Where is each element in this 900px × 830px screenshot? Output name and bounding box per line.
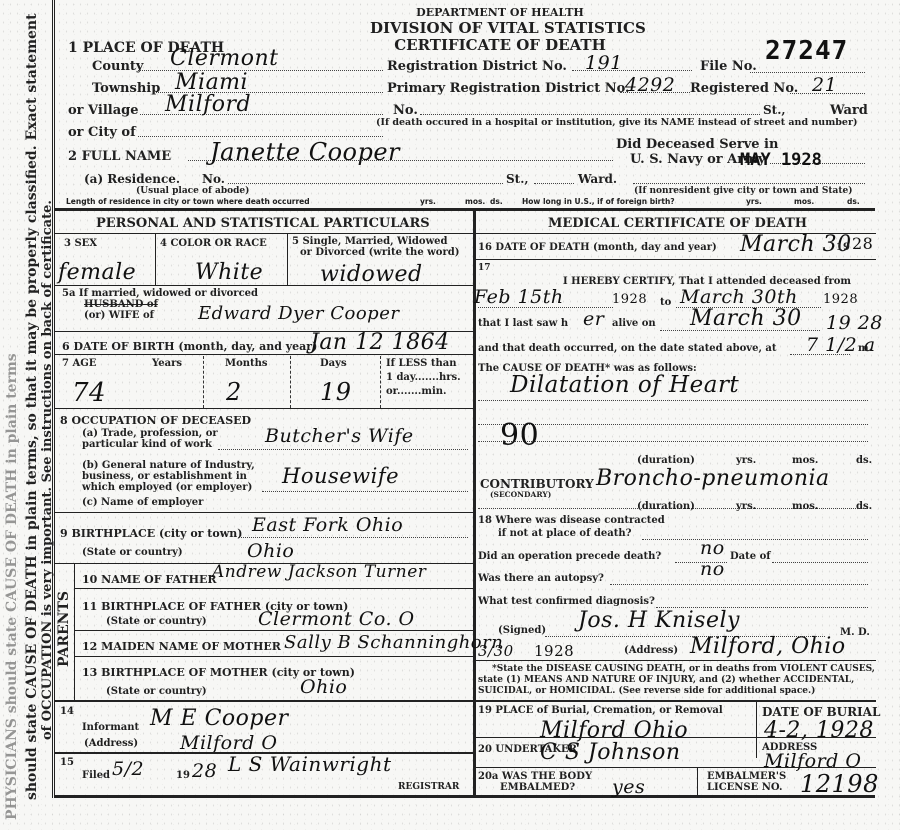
occupation-b-label-2: business, or establishment in bbox=[82, 471, 247, 482]
burial-place-label: 19 PLACE of Burial, Cremation, or Remova… bbox=[478, 705, 723, 716]
occupation-b-label-1: (b) General nature of Industry, bbox=[82, 460, 255, 471]
occupation-a-label-2: particular kind of work bbox=[82, 439, 212, 450]
last-saw-label: that I last saw h bbox=[478, 318, 568, 329]
foreign-birth-label: How long in U.S., if of foreign birth? bbox=[522, 197, 675, 206]
sex-label: 3 SEX bbox=[64, 238, 97, 249]
license-label-1: EMBALMER'S bbox=[707, 771, 786, 782]
race-value: White bbox=[195, 260, 263, 285]
department-heading: DEPARTMENT OF HEALTH bbox=[400, 6, 600, 19]
birth-state-value: Ohio bbox=[247, 540, 294, 562]
less-than-label-2: 1 day.......hrs. bbox=[386, 372, 461, 383]
test-confirmed-label: What test confirmed diagnosis? bbox=[478, 596, 655, 607]
last-saw-date: March 30 bbox=[690, 306, 802, 331]
personal-section-title: PERSONAL AND STATISTICAL PARTICULARS bbox=[96, 216, 430, 231]
filed-year-prefix: 19 bbox=[176, 770, 190, 781]
city-label: or City of bbox=[68, 125, 136, 140]
birthplace-value: East Fork Ohio bbox=[252, 514, 403, 536]
cause-code: 90 bbox=[500, 418, 539, 453]
street-label: St., bbox=[763, 103, 786, 117]
physician-address-value: Milford, Ohio bbox=[690, 634, 846, 659]
spouse-value: Edward Dyer Cooper bbox=[198, 303, 399, 324]
footnote-line-1: *State the DISEASE CAUSING DEATH, or in … bbox=[492, 664, 875, 674]
signed-year: 1928 bbox=[534, 642, 574, 660]
certificate-title: CERTIFICATE OF DEATH bbox=[390, 36, 610, 54]
residence-ds-label: ds. bbox=[490, 197, 503, 206]
filed-date: 5/2 bbox=[112, 758, 144, 780]
spouse-label-1: 5a If married, widowed or divorced bbox=[62, 288, 258, 299]
signed-date: 3/30 bbox=[478, 642, 514, 660]
license-no-value: 12198 bbox=[800, 770, 879, 798]
registration-district-label: Registration District No. bbox=[387, 59, 567, 74]
occupation-c-label: (c) Name of employer bbox=[82, 497, 203, 508]
date-of-death-year: 28 bbox=[852, 234, 873, 253]
primary-registration-label: Primary Registration District No. bbox=[387, 81, 630, 96]
duration-label-2: (duration) bbox=[637, 501, 695, 512]
date-of-death-value: March 30 bbox=[740, 232, 852, 257]
foreign-yrs-label: yrs. bbox=[746, 197, 762, 206]
less-than-label-1: If LESS than bbox=[386, 358, 456, 369]
to-label: to bbox=[660, 297, 671, 308]
informant-number: 14 bbox=[60, 706, 74, 717]
license-label-2: LICENSE NO. bbox=[707, 782, 783, 793]
margin-instructions: PHYSICIANS should state CAUSE OF DEATH i… bbox=[0, 0, 50, 830]
occupation-b-value: Housewife bbox=[282, 464, 399, 488]
contributory-label: CONTRIBUTORY bbox=[480, 477, 594, 491]
autopsy-value: no bbox=[700, 558, 725, 580]
dob-label: 6 DATE OF BIRTH (month, day, and year) bbox=[62, 340, 317, 353]
burial-date-value: 4-2, 1928 bbox=[764, 718, 874, 743]
date-of-death-year-prefix: 19 bbox=[836, 242, 850, 253]
file-no-label: File No. bbox=[700, 59, 757, 74]
undertaker-address-value: Milford O bbox=[764, 750, 861, 772]
less-than-label-3: or.......min. bbox=[386, 386, 447, 397]
residence-yrs-label: yrs. bbox=[420, 197, 436, 206]
medical-section-title: MEDICAL CERTIFICATE OF DEATH bbox=[548, 216, 807, 231]
age-months-value: 2 bbox=[226, 378, 242, 406]
marital-value: widowed bbox=[320, 262, 423, 287]
alive-on-label: alive on bbox=[612, 318, 656, 329]
residence-street-label: St., bbox=[506, 172, 529, 186]
father-birthplace-value: Clermont Co. O bbox=[258, 608, 415, 630]
full-name-value: Janette Cooper bbox=[210, 138, 400, 166]
filed-year: 28 bbox=[192, 760, 217, 782]
margin-line-1: PHYSICIANS should state CAUSE OF DEATH i… bbox=[4, 353, 20, 820]
registration-district-value: 191 bbox=[585, 52, 623, 74]
registered-no-value: 21 bbox=[812, 74, 837, 96]
days-label: Days bbox=[320, 358, 347, 369]
date-of-death-label: 16 DATE OF DEATH (month, day and year) bbox=[478, 242, 717, 253]
race-label: 4 COLOR OR RACE bbox=[160, 238, 267, 249]
duration-mos-2: mos. bbox=[792, 501, 818, 512]
county-value: Clermont bbox=[170, 46, 279, 71]
marital-label-1: 5 Single, Married, Widowed bbox=[292, 236, 448, 247]
physician-address-label: (Address) bbox=[624, 645, 678, 656]
margin-line-2: should state CAUSE OF DEATH in plain ter… bbox=[24, 13, 40, 800]
residence-no-label: No. bbox=[202, 172, 225, 186]
residence-label: (a) Residence. bbox=[84, 172, 180, 186]
foreign-mos-label: mos. bbox=[794, 197, 814, 206]
informant-label: Informant bbox=[82, 722, 139, 733]
secondary-label: (SECONDARY) bbox=[490, 490, 551, 499]
occupation-a-label-1: (a) Trade, profession, or bbox=[82, 428, 218, 439]
mother-label: 12 MAIDEN NAME OF MOTHER bbox=[82, 640, 281, 653]
burial-date-label: DATE OF BURIAL bbox=[762, 705, 880, 719]
village-value: Milford bbox=[165, 92, 251, 117]
parents-label: PARENTS bbox=[56, 591, 72, 667]
mother-value: Sally B Schanninghorn bbox=[284, 632, 503, 653]
residence-mos-label: mos. bbox=[465, 197, 485, 206]
filed-label: Filed bbox=[82, 770, 110, 781]
spouse-label-2: HUSBAND of bbox=[84, 299, 158, 310]
registrar-signature: L S Wainwright bbox=[228, 752, 392, 776]
death-time-suffix: m. bbox=[858, 343, 872, 354]
birth-state-label: (State or country) bbox=[82, 547, 183, 558]
informant-address-label: (Address) bbox=[84, 738, 138, 749]
duration-label-1: (duration) bbox=[637, 455, 695, 466]
signed-label: (Signed) bbox=[498, 625, 546, 636]
attended-to-year: 1928 bbox=[823, 292, 858, 307]
division-heading: DIVISION OF VITAL STATISTICS bbox=[370, 19, 630, 37]
footnote-line-2: state (1) MEANS AND NATURE OF INJURY, an… bbox=[478, 675, 854, 685]
operation-value: no bbox=[700, 537, 725, 559]
attended-from-year: 1928 bbox=[612, 292, 647, 307]
death-certificate-page: PHYSICIANS should state CAUSE OF DEATH i… bbox=[0, 0, 900, 830]
informant-value: M E Cooper bbox=[150, 706, 289, 731]
spouse-label-3: (or) WIFE of bbox=[84, 310, 154, 321]
occupation-b-label-3: which employed (or employer) bbox=[82, 482, 252, 493]
months-label: Months bbox=[225, 358, 268, 369]
embalmed-label-1: 20a WAS THE BODY bbox=[478, 771, 592, 782]
hospital-note: (If death occured in a hospital or insti… bbox=[376, 117, 857, 128]
occupation-label: 8 OCCUPATION OF DECEASED bbox=[60, 414, 251, 427]
length-residence-label: Length of residence in city or town wher… bbox=[66, 197, 310, 206]
last-saw-pronoun: er bbox=[583, 308, 604, 330]
county-label: County bbox=[92, 59, 143, 74]
date-of-label: Date of bbox=[730, 551, 771, 562]
age-years-value: 74 bbox=[72, 378, 106, 408]
occupation-a-value: Butcher's Wife bbox=[265, 425, 414, 447]
item-17-number: 17 bbox=[478, 263, 491, 273]
death-time-label: and that death occurred, on the date sta… bbox=[478, 343, 777, 354]
street-no-label: No. bbox=[393, 103, 418, 118]
certificate-number: 27247 bbox=[765, 36, 848, 66]
attended-from: Feb 15th bbox=[474, 286, 564, 308]
duration-ds-2: ds. bbox=[856, 501, 872, 512]
mother-state-label: (State or country) bbox=[106, 686, 207, 697]
attended-to: March 30th bbox=[680, 286, 798, 308]
contributory-value: Broncho-pneumonia bbox=[596, 466, 830, 491]
residence-ward-label: Ward. bbox=[578, 172, 617, 186]
duration-yrs-1: yrs. bbox=[736, 455, 756, 466]
duration-yrs-2: yrs. bbox=[736, 501, 756, 512]
autopsy-label: Was there an autopsy? bbox=[478, 573, 604, 584]
dob-value: Jan 12 1864 bbox=[310, 330, 450, 355]
footnote-line-3: SUICIDAL, or HOMICIDAL. (See reverse sid… bbox=[478, 686, 815, 696]
contracted-label-2: if not at place of death? bbox=[498, 528, 631, 539]
last-saw-year: 19 28 bbox=[826, 312, 883, 334]
filed-number: 15 bbox=[60, 757, 74, 768]
village-label: or Village bbox=[68, 103, 139, 118]
marital-label-2: or Divorced (write the word) bbox=[300, 247, 459, 258]
primary-registration-value: 4292 bbox=[625, 74, 675, 96]
birthplace-label: 9 BIRTHPLACE (city or town) bbox=[60, 527, 242, 540]
township-label: Township bbox=[92, 81, 160, 96]
nonresident-note: (If nonresident give city or town and St… bbox=[634, 186, 852, 196]
cause-value: Dilatation of Heart bbox=[510, 372, 739, 398]
father-state-label: (State or country) bbox=[106, 616, 207, 627]
duration-ds-1: ds. bbox=[856, 455, 872, 466]
physician-signature: Jos. H Knisely bbox=[578, 608, 740, 633]
full-name-label: 2 FULL NAME bbox=[68, 149, 171, 164]
sex-value: female bbox=[58, 260, 136, 285]
age-label: 7 AGE bbox=[62, 358, 96, 369]
registered-no-label: Registered No. bbox=[690, 81, 798, 96]
years-label: Years bbox=[152, 358, 182, 369]
embalmed-value: yes bbox=[612, 776, 645, 798]
foreign-ds-label: ds. bbox=[847, 197, 860, 206]
embalmed-label-2: EMBALMED? bbox=[500, 782, 575, 793]
informant-address-value: Milford O bbox=[180, 732, 277, 754]
operation-label: Did an operation precede death? bbox=[478, 551, 661, 562]
mother-birthplace-value: Ohio bbox=[300, 676, 347, 698]
registrar-label: REGISTRAR bbox=[398, 782, 459, 792]
father-label: 10 NAME OF FATHER bbox=[82, 573, 217, 586]
father-value: Andrew Jackson Turner bbox=[212, 562, 426, 582]
usual-place-note: (Usual place of abode) bbox=[136, 186, 249, 196]
contracted-label-1: 18 Where was disease contracted bbox=[478, 515, 665, 526]
age-days-value: 19 bbox=[320, 378, 352, 406]
ward-label: Ward bbox=[830, 103, 868, 118]
undertaker-value: C S Johnson bbox=[540, 740, 681, 765]
received-stamp: MAY 1928 bbox=[740, 150, 822, 170]
duration-mos-1: mos. bbox=[792, 455, 818, 466]
